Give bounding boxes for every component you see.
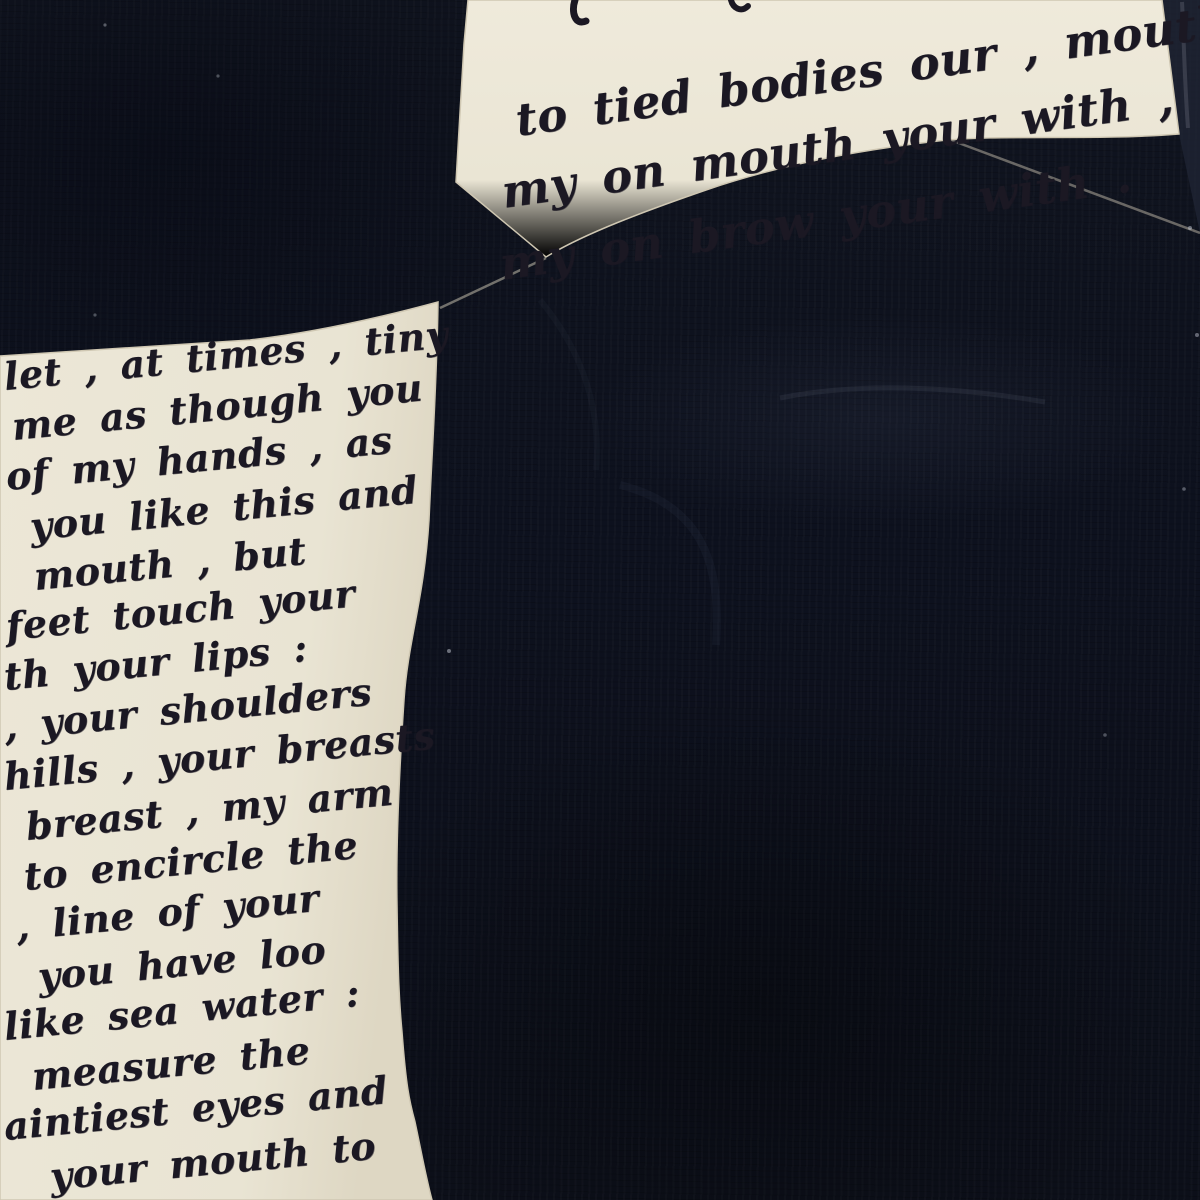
canvas-wrinkle-highlight xyxy=(540,300,597,470)
dust-speck xyxy=(1103,733,1107,737)
dust-speck xyxy=(1182,487,1186,491)
top-panel-handwriting: to tied bodies our , mouth my on mouth y… xyxy=(500,85,1200,301)
painting-photo: to tied bodies our , mouth my on mouth y… xyxy=(0,0,1200,1200)
dust-speck xyxy=(1195,333,1199,337)
dust-speck xyxy=(103,23,106,26)
dust-speck xyxy=(93,313,96,316)
dust-speck xyxy=(216,74,219,77)
canvas-wrinkle-highlight xyxy=(620,485,717,645)
left-panel-handwriting: let , at times , tiny me as though you o… xyxy=(4,352,450,1200)
canvas-wrinkle-highlight xyxy=(780,388,1045,402)
